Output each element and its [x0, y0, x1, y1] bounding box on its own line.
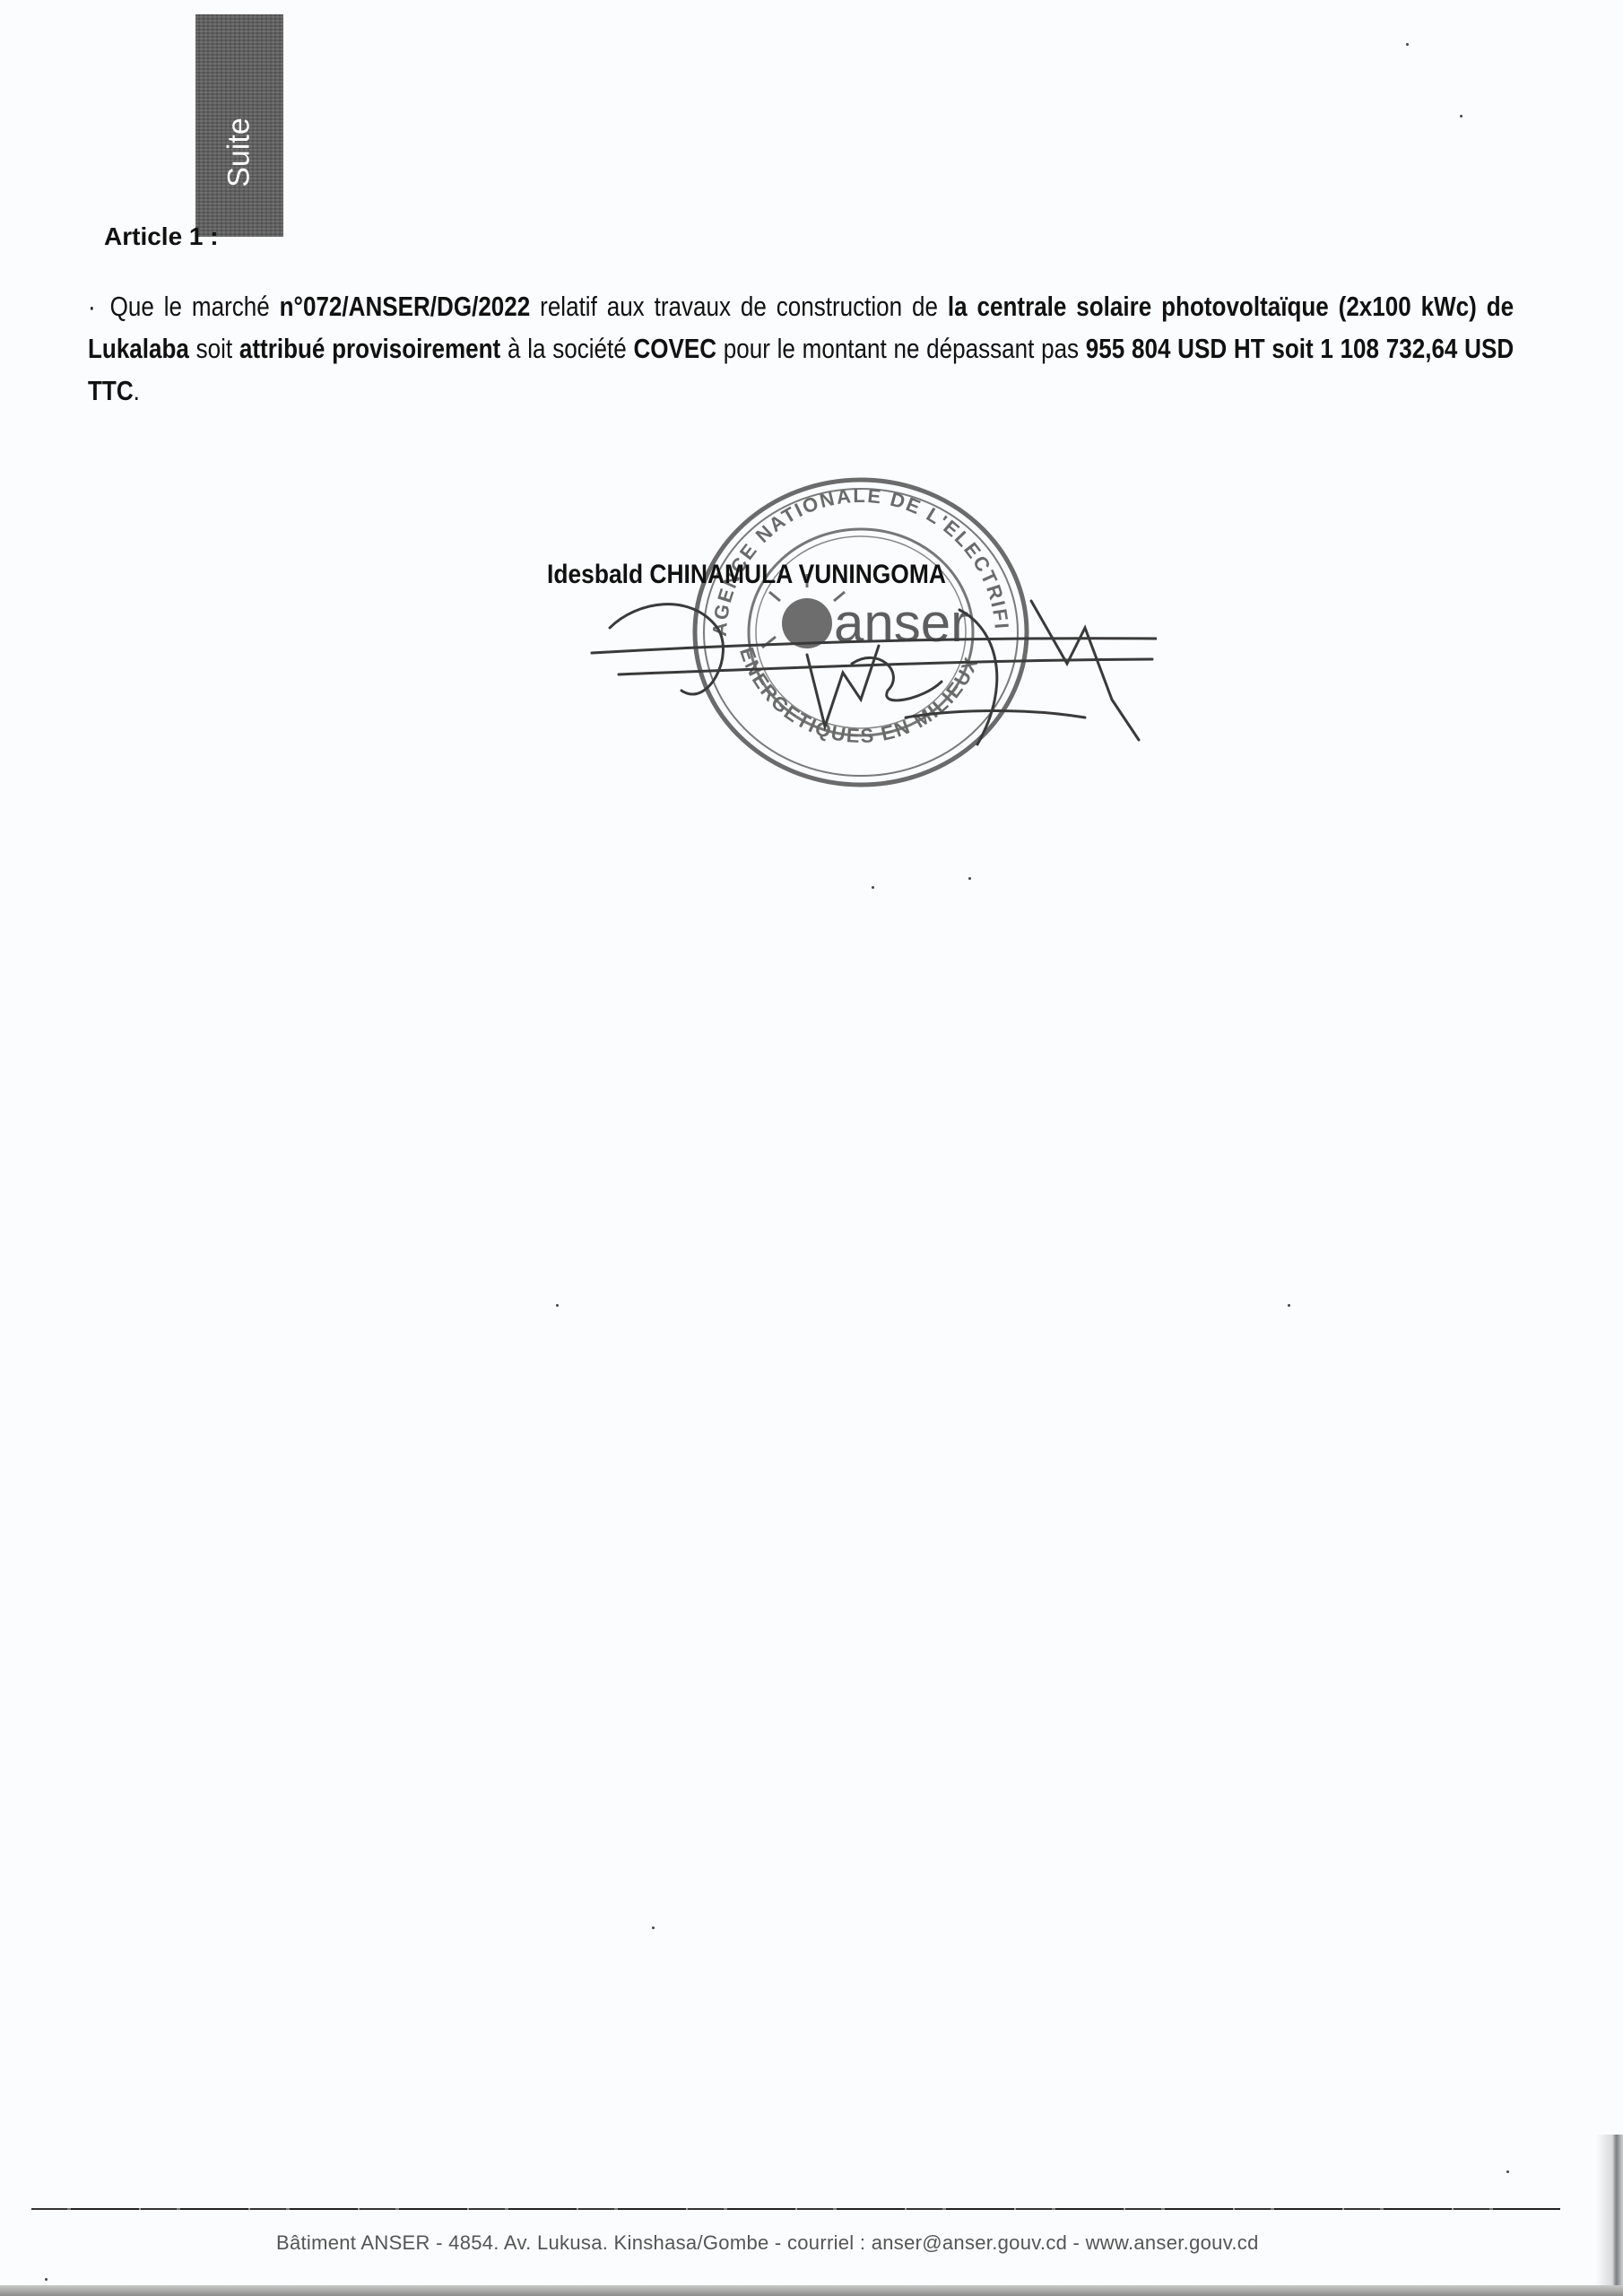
- scan-speck: [1506, 2170, 1509, 2173]
- scan-speck: [1288, 1304, 1290, 1307]
- scan-speck: [872, 886, 874, 889]
- award-status: attribué provisoirement: [239, 333, 500, 364]
- contract-number: n°072/ANSER/DG/2022: [280, 291, 531, 322]
- text-segment: Que le marché: [110, 291, 280, 322]
- scan-speck: [652, 1926, 655, 1929]
- footer-divider: [31, 2208, 1560, 2210]
- handwritten-signature-icon: [583, 574, 1157, 753]
- scan-speck: [968, 877, 971, 880]
- text-segment: pour le montant ne dépassant pas: [716, 333, 1086, 364]
- scan-speck: [556, 1304, 559, 1307]
- text-segment: relatif aux travaux de construction de: [530, 291, 948, 322]
- page-edge-shadow: [1596, 2135, 1623, 2296]
- article-title: Article 1 :: [104, 222, 219, 251]
- text-segment: soit: [189, 333, 239, 364]
- scan-speck: [45, 2278, 48, 2281]
- page-bottom-edge: [0, 2285, 1623, 2296]
- bullet-dot: ·: [88, 291, 96, 322]
- text-segment: .: [134, 375, 140, 406]
- article-body: · Que le marché n°072/ANSER/DG/2022 rela…: [88, 285, 1514, 412]
- footer-address: Bâtiment ANSER - 4854. Av. Lukusa. Kinsh…: [276, 2231, 1259, 2255]
- suite-tab: Suite: [195, 14, 283, 237]
- suite-label: Suite: [222, 117, 257, 187]
- company-name: COVEC: [633, 333, 716, 364]
- text-segment: à la société: [500, 333, 633, 364]
- scan-speck: [1406, 43, 1409, 46]
- scan-speck: [1460, 115, 1462, 117]
